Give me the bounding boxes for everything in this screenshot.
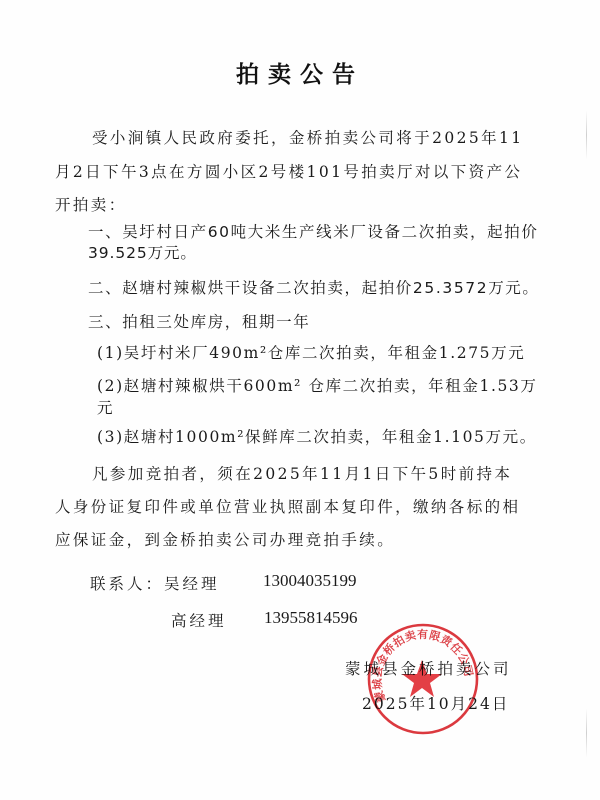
- contact-phone-2: 13955814596: [264, 608, 358, 628]
- item-2-line-1: 二、赵塘村辣椒烘干设备二次拍卖，起拍价25.3572万元。: [88, 278, 540, 298]
- contact-name-2: 高经理: [171, 612, 227, 630]
- contact-row-2: 高经理: [171, 609, 227, 631]
- closing-line-1: 凡参加竞拍者，须在2025年11月1日下午5时前持本: [92, 464, 512, 484]
- item-1-line-2: 39.525万元。: [88, 243, 197, 263]
- contact-phone-1: 13004035199: [263, 571, 357, 591]
- intro-line-1: 受小涧镇人民政府委托，金桥拍卖公司将于2025年11: [92, 128, 524, 148]
- scan-artifact-line: [586, 110, 587, 160]
- sub-item-2-line-1: (2)赵塘村辣椒烘干600m² 仓库二次拍卖，年租金1.53万: [97, 376, 538, 396]
- document-page: 拍卖公告 受小涧镇人民政府委托，金桥拍卖公司将于2025年11 月2日下午3点在…: [0, 0, 600, 800]
- company-seal-stamp: 蒙城县金桥拍卖有限责任公司: [366, 622, 480, 736]
- sub-item-3-line-1: (3)赵塘村1000m²保鲜库二次拍卖，年租金1.105万元。: [97, 427, 537, 447]
- contact-label: 联系人：: [90, 575, 164, 593]
- item-3-line-1: 三、拍租三处库房，租期一年: [88, 312, 310, 332]
- contact-name-1: 吴经理: [164, 575, 220, 593]
- closing-line-3: 应保证金，到金桥拍卖公司办理竞拍手续。: [55, 530, 395, 550]
- item-1-line-1: 一、吴圩村日产60吨大米生产线米厂设备二次拍卖，起拍价: [88, 222, 538, 242]
- star-icon: [402, 660, 442, 697]
- intro-line-2: 月2日下午3点在方圆小区2号楼101号拍卖厅对以下资产公: [55, 162, 522, 182]
- scan-artifact-line: [586, 708, 587, 758]
- contacts-label: 联系人：吴经理: [90, 572, 220, 594]
- sub-item-2-line-2: 元: [97, 398, 114, 418]
- closing-line-2: 人身份证复印件或单位营业执照副本复印件，缴纳各标的相: [55, 497, 520, 517]
- sub-item-1-line-1: (1)吴圩村米厂490m²仓库二次拍卖，年租金1.275万元: [97, 343, 525, 363]
- intro-line-3: 开拍卖：: [55, 195, 127, 215]
- page-title: 拍卖公告: [0, 56, 600, 89]
